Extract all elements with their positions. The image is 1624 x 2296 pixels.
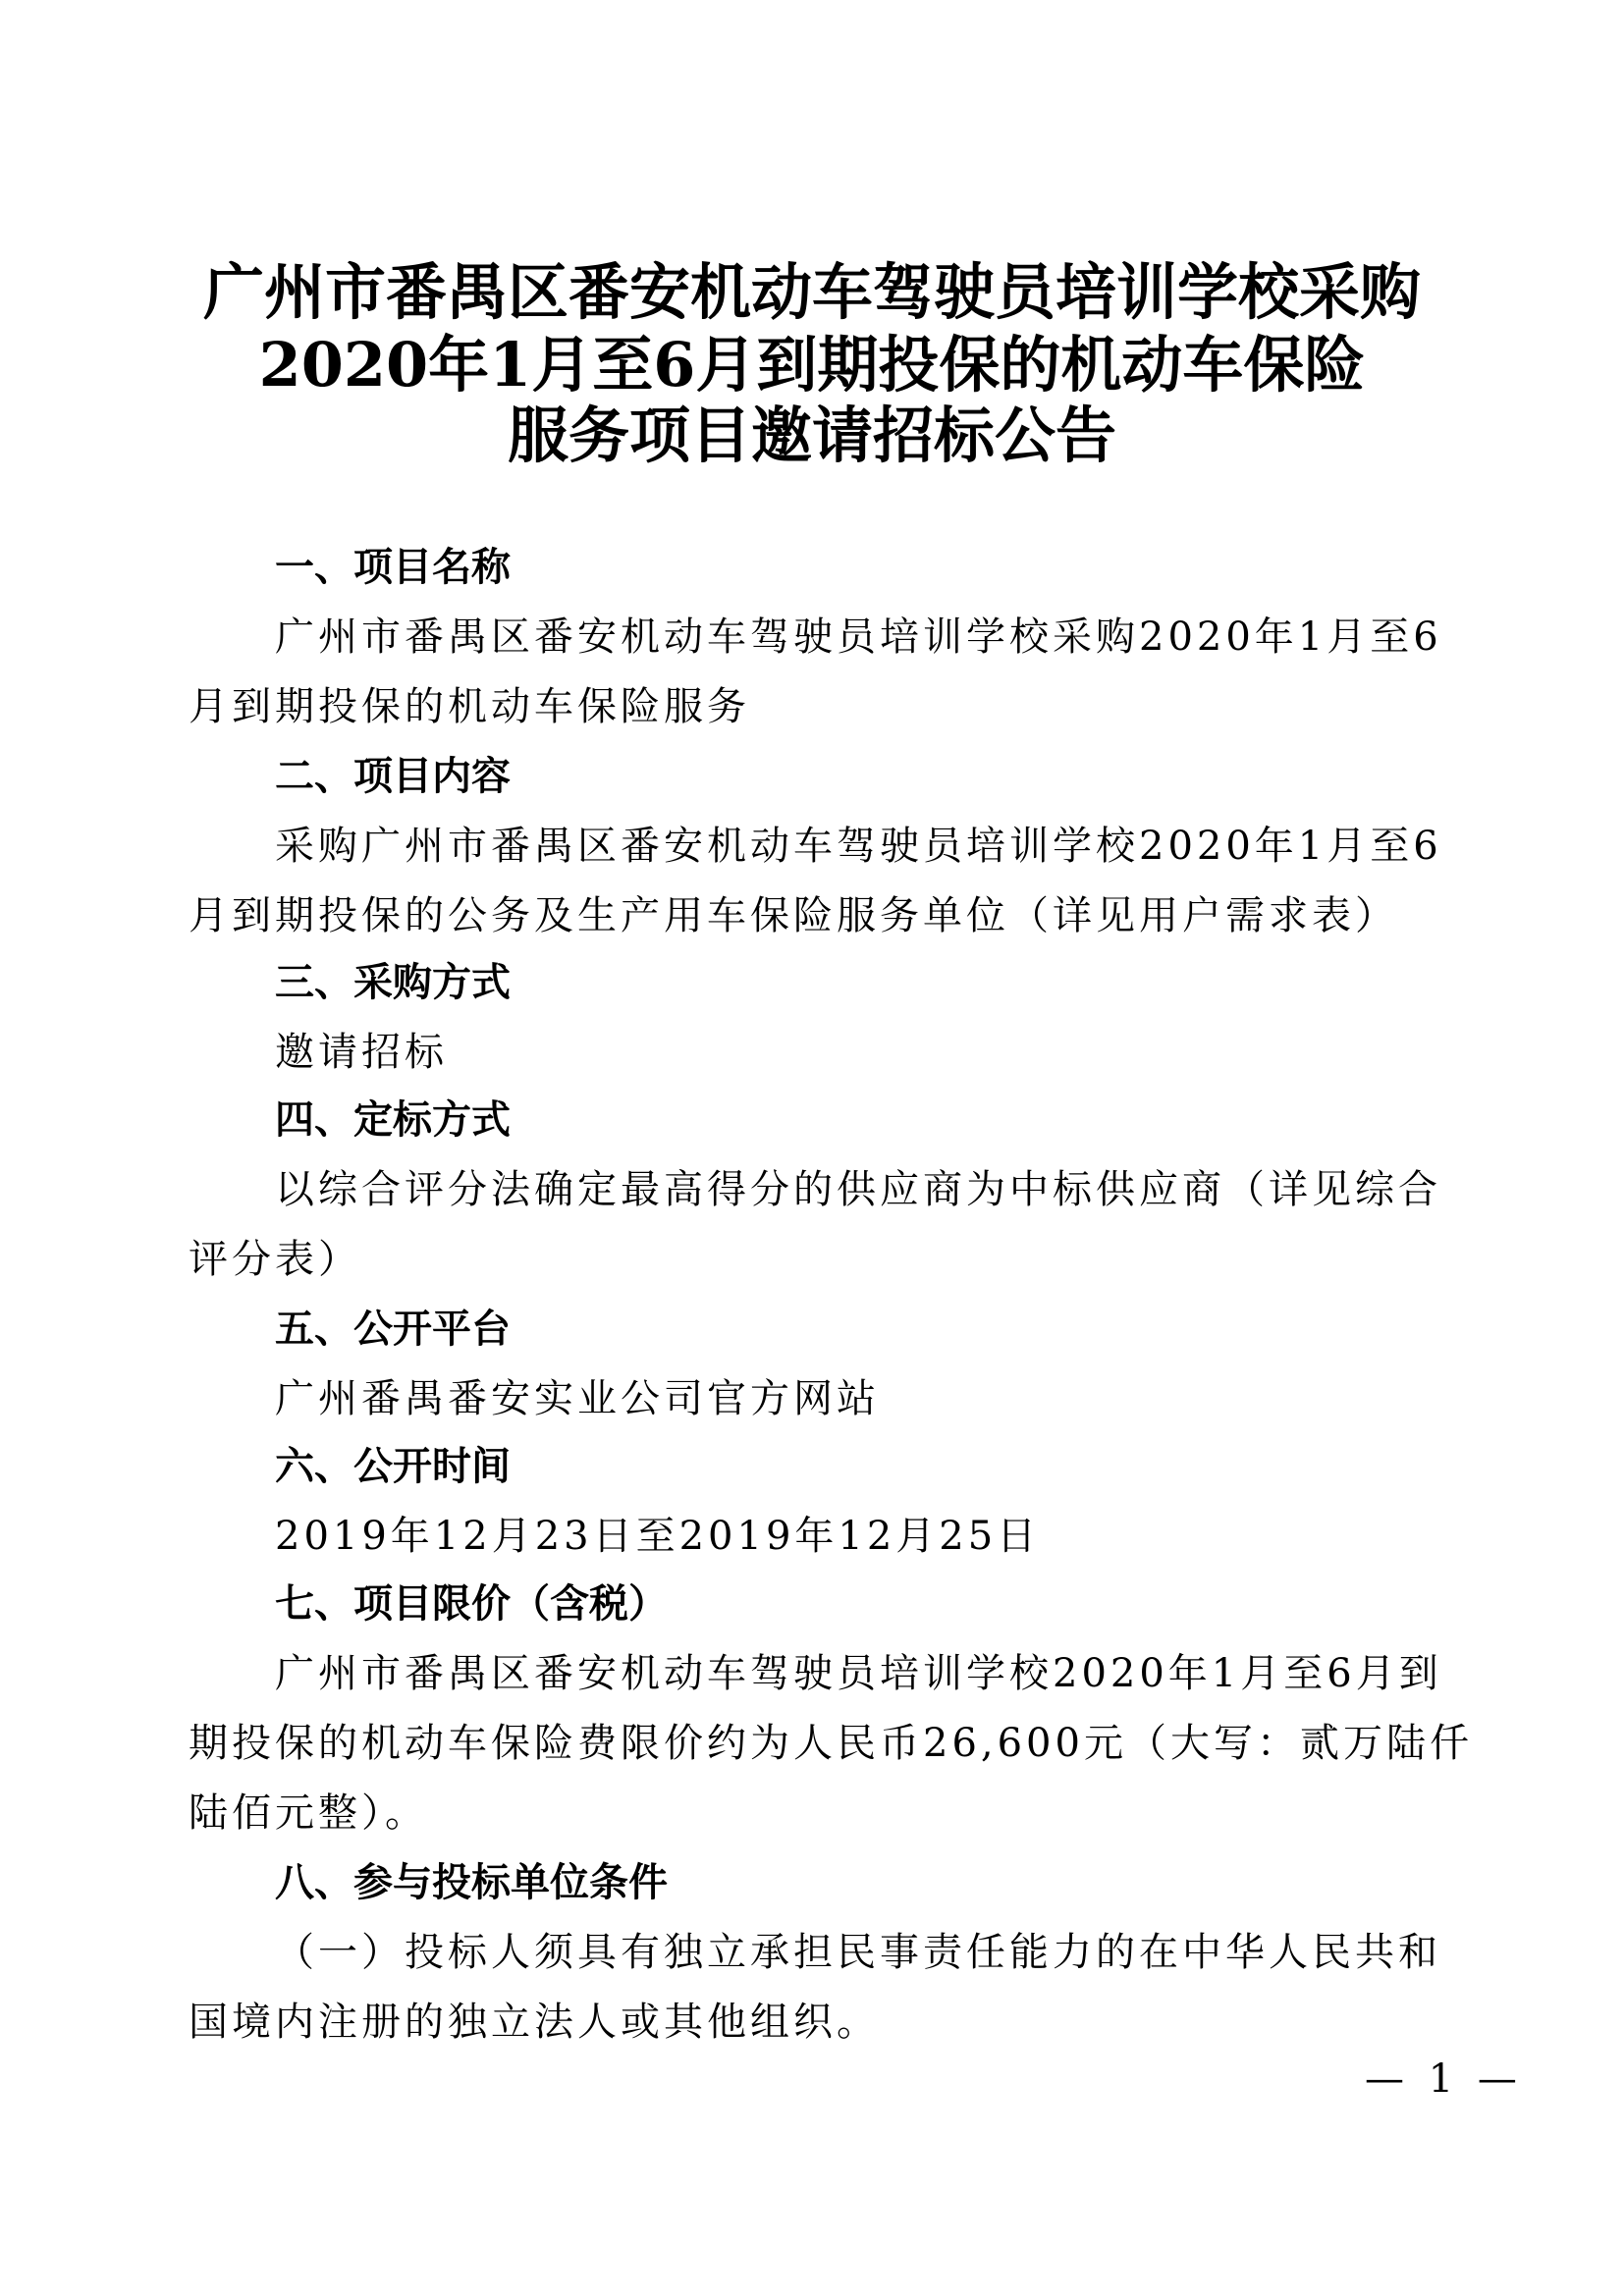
section-text: 期投保的机动车保险费限价约为人民币26,600元（大写：贰万陆仟: [189, 1718, 1473, 1769]
page-number: — 1 —: [1365, 2054, 1523, 2105]
section-text: 广州市番禺区番安机动车驾驶员培训学校2020年1月至6月到: [275, 1648, 1442, 1699]
section-heading-public-platform: 五、公开平台: [275, 1304, 511, 1355]
section-text: 广州番禺番安实业公司官方网站: [275, 1373, 880, 1424]
section-text: 广州市番禺区番安机动车驾驶员培训学校采购2020年1月至6: [275, 612, 1442, 663]
section-heading-procurement-method: 三、采购方式: [275, 957, 511, 1008]
section-text: 2019年12月23日至2019年12月25日: [275, 1511, 1040, 1562]
section-text: 邀请招标: [275, 1027, 448, 1078]
section-text: 月到期投保的公务及生产用车保险服务单位（详见用户需求表）: [189, 890, 1398, 941]
section-heading-project-content: 二、项目内容: [275, 751, 511, 802]
section-heading-public-period: 六、公开时间: [275, 1441, 511, 1492]
section-text: 月到期投保的机动车保险服务: [189, 681, 750, 732]
section-heading-price-limit: 七、项目限价（含税）: [275, 1578, 668, 1629]
document-title-line-3: 服务项目邀请招标公告: [196, 400, 1428, 471]
section-heading-bidder-conditions: 八、参与投标单位条件: [275, 1857, 668, 1908]
section-text: 陆佰元整）。: [189, 1788, 428, 1839]
section-text: 以综合评分法确定最高得分的供应商为中标供应商（详见综合: [275, 1164, 1441, 1215]
document-page: 广州市番禺区番安机动车驾驶员培训学校采购 2020年1月至6月到期投保的机动车保…: [0, 0, 1624, 2296]
section-text: （一）投标人须具有独立承担民事责任能力的在中华人民共和: [275, 1927, 1441, 1978]
document-title-line-1: 广州市番禺区番安机动车驾驶员培训学校采购: [196, 257, 1428, 328]
section-text: 评分表）: [189, 1234, 361, 1285]
section-heading-project-name: 一、项目名称: [275, 542, 511, 593]
document-title-line-2: 2020年1月至6月到期投保的机动车保险: [196, 330, 1428, 400]
section-heading-award-method: 四、定标方式: [275, 1095, 511, 1146]
section-text: 国境内注册的独立法人或其他组织。: [189, 1997, 880, 2048]
section-text: 采购广州市番禺区番安机动车驾驶员培训学校2020年1月至6: [275, 821, 1442, 872]
